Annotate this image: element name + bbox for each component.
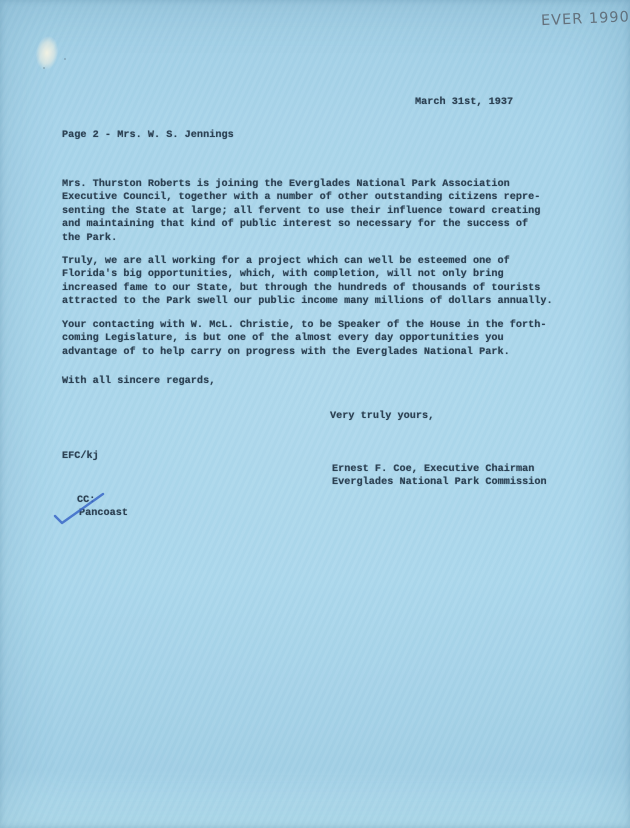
body-paragraph-1: Mrs. Thurston Roberts is joining the Eve… [62, 178, 540, 245]
paper-flaw-spot [34, 35, 61, 72]
pen-checkmark-icon [52, 489, 110, 531]
body-paragraph-2: Truly, we are all working for a project … [62, 255, 553, 309]
valediction: Very truly yours, [330, 410, 434, 423]
letter-date: March 31st, 1937 [415, 96, 513, 109]
paper-speck [43, 67, 45, 69]
paper-speck [64, 58, 66, 60]
letter-page: EVER 19902 March 31st, 1937 Page 2 - Mrs… [0, 0, 630, 828]
page-header: Page 2 - Mrs. W. S. Jennings [62, 129, 234, 142]
signature-block: Ernest F. Coe, Executive Chairman Evergl… [332, 463, 547, 490]
body-paragraph-3: Your contacting with W. McL. Christie, t… [62, 319, 547, 359]
archive-code-annotation: EVER 19902 [541, 9, 630, 29]
typist-initials: EFC/kj [62, 450, 99, 463]
closing-line: With all sincere regards, [62, 375, 215, 388]
